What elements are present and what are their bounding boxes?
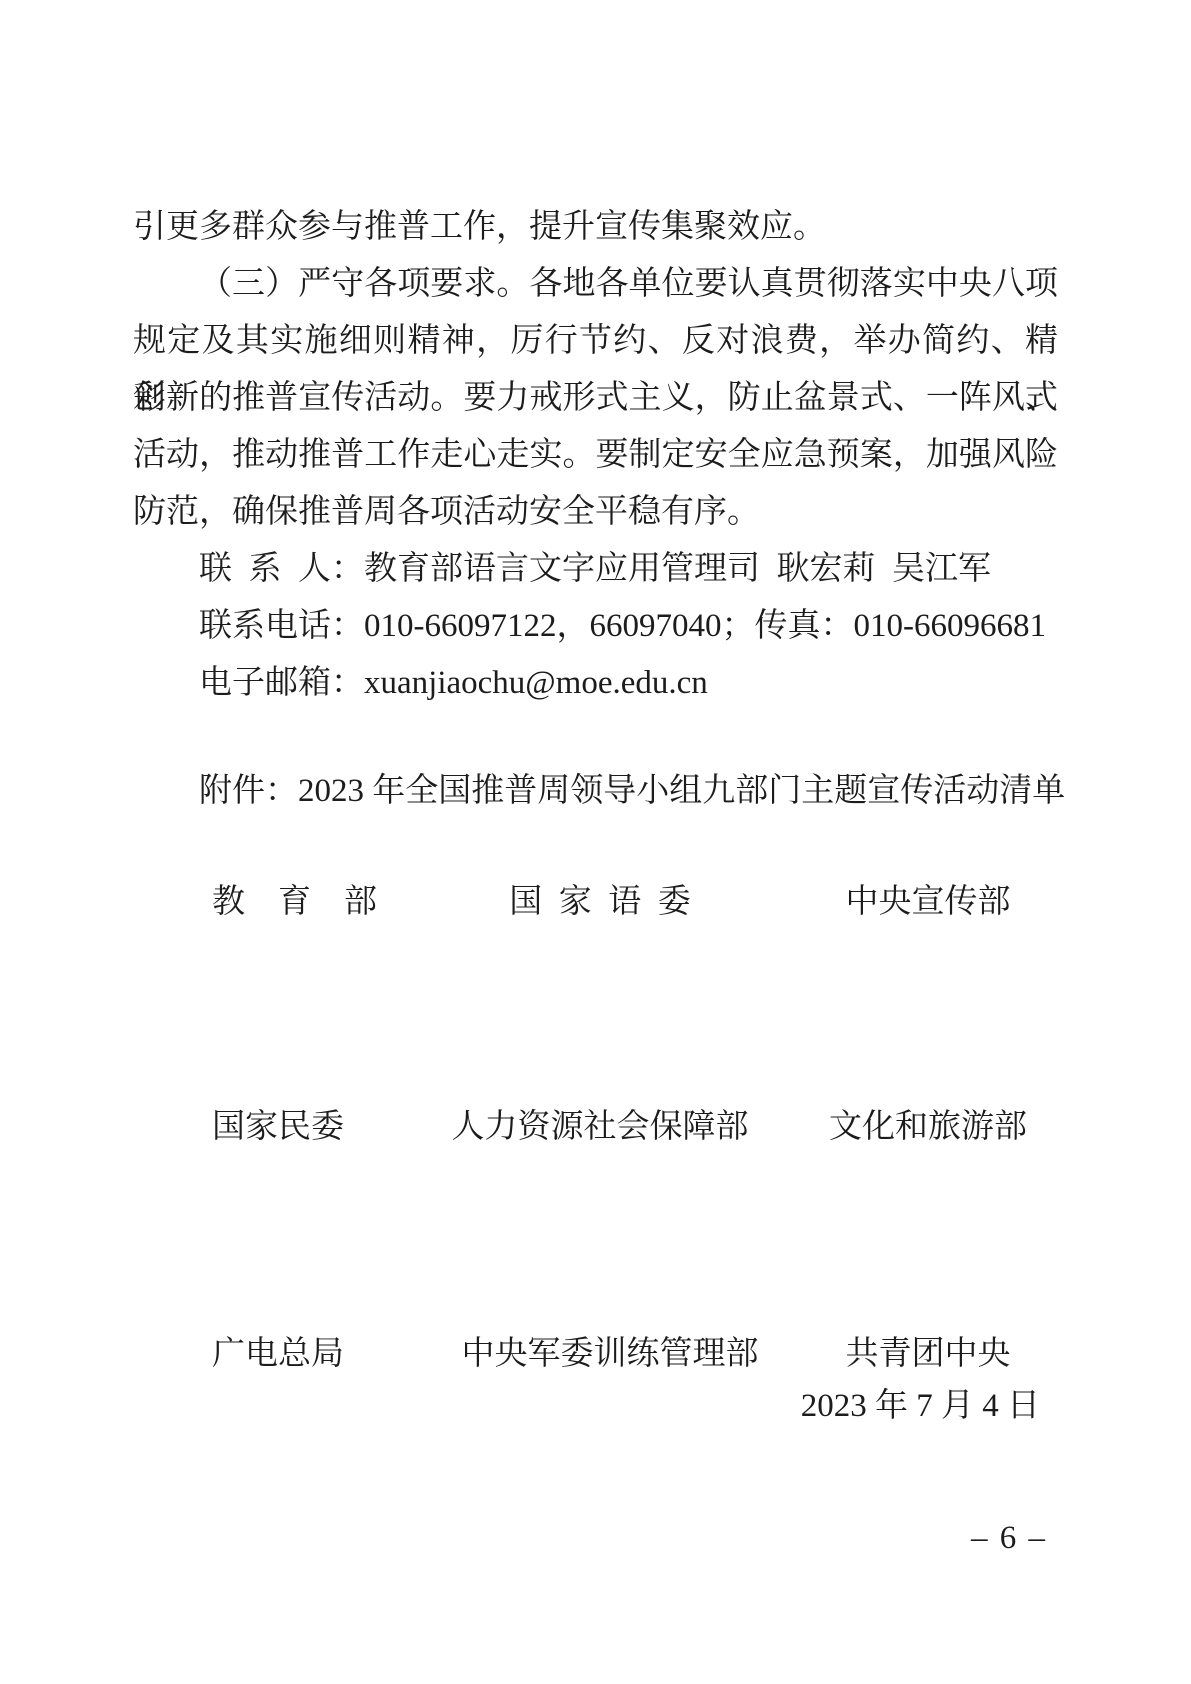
body-text: 引更多群众参与推普工作，提升宣传集聚效应。 （三）严守各项要求。各地各单位要认真… [133,199,1058,712]
signature-row: 国家民委 人力资源社会保障部 文化和旅游部 [0,1099,1191,1156]
signatory-central-propaganda-department: 中央宣传部 [846,874,1011,931]
contact-person-line: 联 系 人：教育部语言文字应用管理司 耿宏莉 吴江军 [133,541,1058,598]
contact-phone-line: 联系电话：010-66097122，66097040；传真：010-660966… [133,598,1058,655]
signatory-communist-youth-league: 共青团中央 [846,1326,1011,1383]
signatory-ministry-of-education: 教 育 部 [212,874,377,931]
signatory-ministry-of-human-resources: 人力资源社会保障部 [452,1099,749,1156]
contact-email-line: 电子邮箱：xuanjiaochu@moe.edu.cn [133,655,1058,712]
page-number: – 6 – [971,1518,1047,1558]
signatory-ministry-of-culture-tourism: 文化和旅游部 [829,1099,1027,1156]
signatory-state-language-commission: 国 家 语 委 [509,874,691,931]
body-line: （三）严守各项要求。各地各单位要认真贯彻落实中央八项 [133,256,1058,313]
signatory-state-ethnic-affairs-commission: 国家民委 [212,1099,344,1156]
signature-date: 2023 年 7 月 4 日 [801,1378,1040,1435]
body-line: 防范，确保推普周各项活动安全平稳有序。 [133,484,1058,541]
signatory-radio-tv-administration: 广电总局 [212,1326,344,1383]
attachment-line: 附件：2023 年全国推普周领导小组九部门主题宣传活动清单 [133,763,1058,820]
signature-row: 教 育 部 国 家 语 委 中央宣传部 [0,874,1191,931]
signatory-cmc-training-management-department: 中央军委训练管理部 [462,1326,759,1383]
body-line: 规定及其实施细则精神，厉行节约、反对浪费，举办简约、精彩、 [133,313,1058,370]
document-page: 引更多群众参与推普工作，提升宣传集聚效应。 （三）严守各项要求。各地各单位要认真… [0,0,1191,1684]
body-line: 引更多群众参与推普工作，提升宣传集聚效应。 [133,199,1058,256]
signature-row: 广电总局 中央军委训练管理部 共青团中央 [0,1326,1191,1383]
body-line: 创新的推普宣传活动。要力戒形式主义，防止盆景式、一阵风式 [133,370,1058,427]
body-line: 活动，推动推普工作走心走实。要制定安全应急预案，加强风险 [133,427,1058,484]
